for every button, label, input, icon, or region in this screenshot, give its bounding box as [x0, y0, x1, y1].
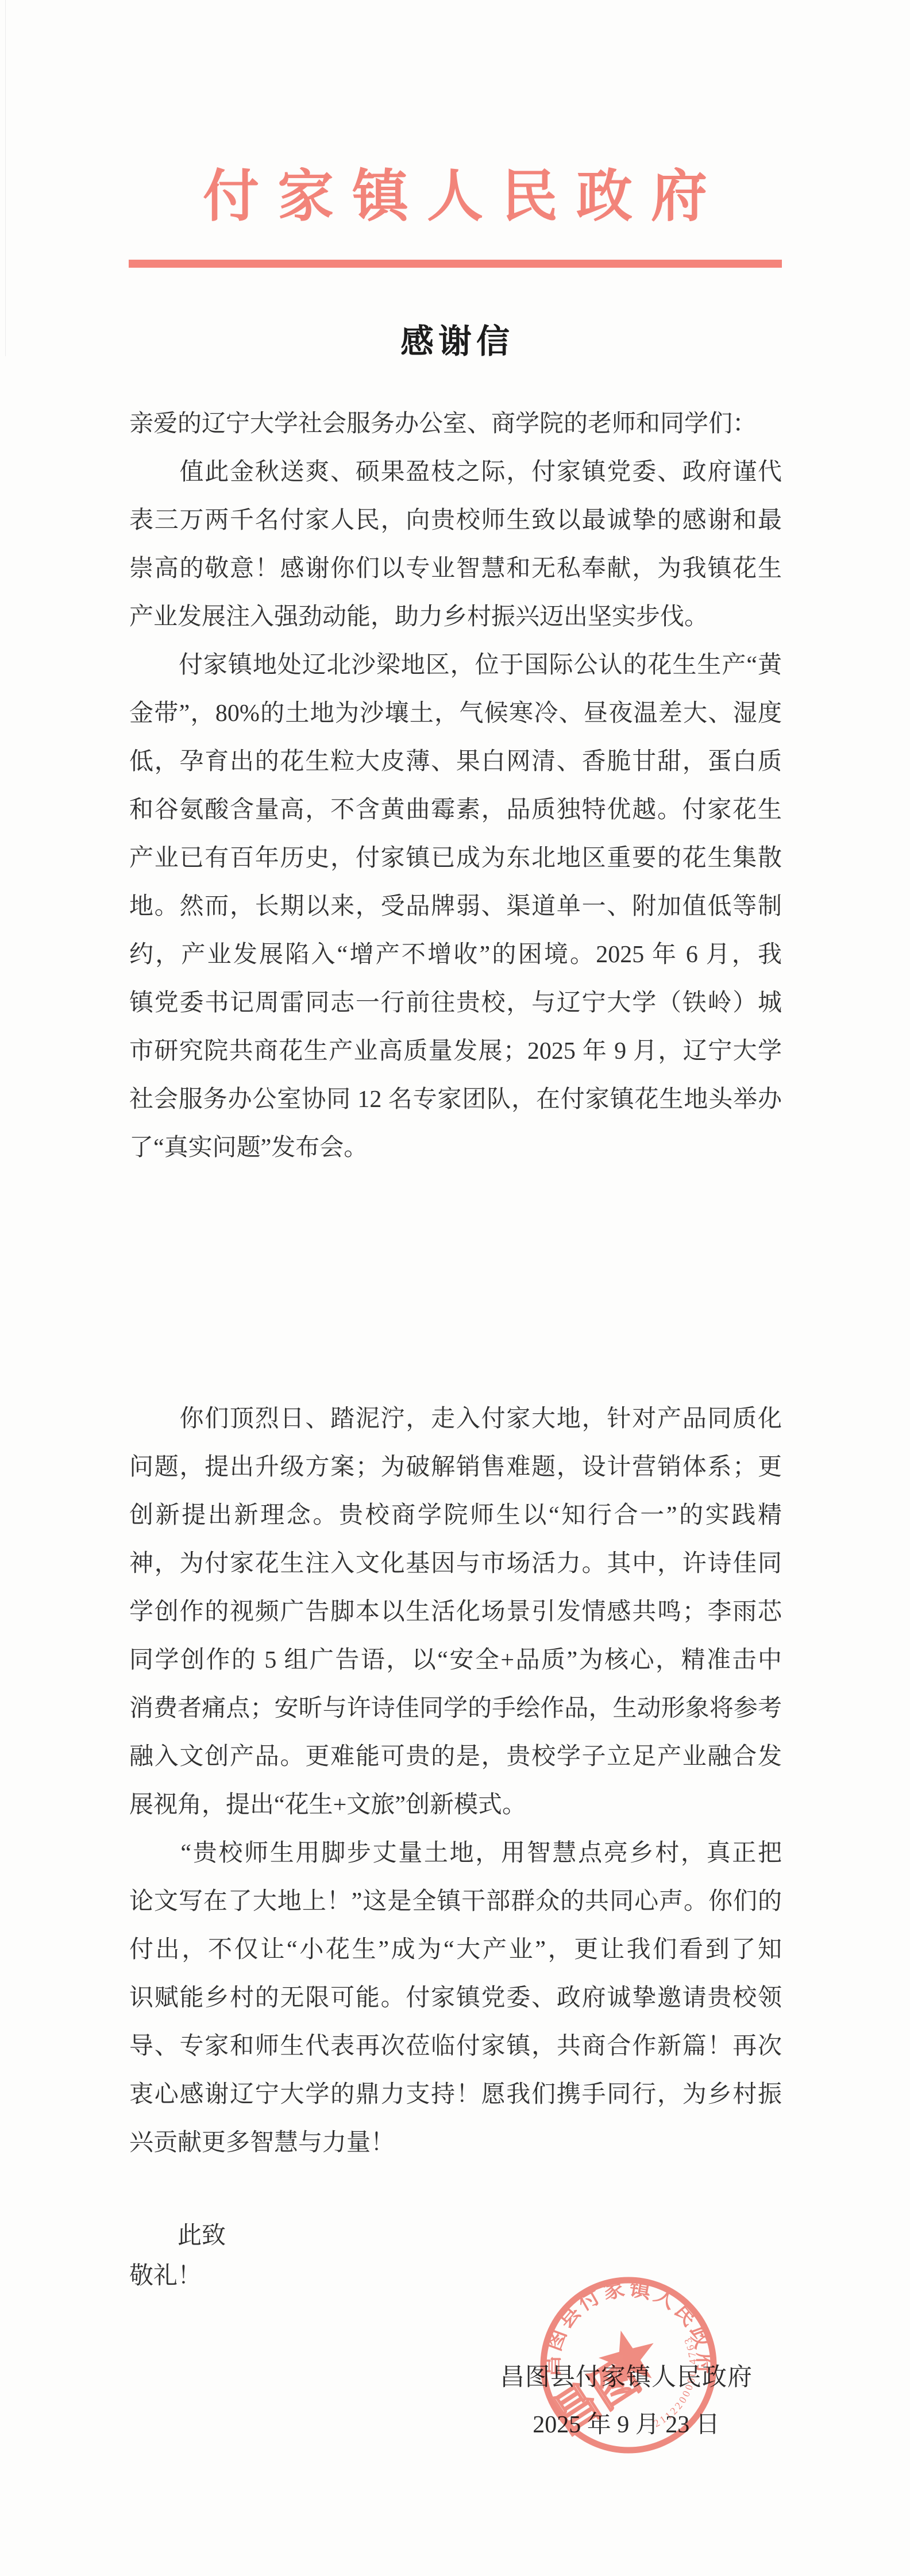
- body-line: 融入文创产品。更难能可贵的是，贵校学子立足产业融合发: [129, 1733, 782, 1781]
- body-line: 导、专家和师生代表再次莅临付家镇，共商合作新篇！再次: [129, 2022, 782, 2070]
- body-line: 创新提出新理念。贵校商学院师生以“知行合一”的实践精: [129, 1491, 782, 1540]
- body-line: 崇高的敬意！感谢你们以专业智慧和无私奉献，为我镇花生: [129, 545, 782, 593]
- body-line: 表三万两千名付家人民，向贵校师生致以最诚挚的感谢和最: [129, 496, 782, 545]
- body-line: 镇党委书记周雷同志一行前往贵校，与辽宁大学（铁岭）城: [129, 979, 782, 1027]
- body-line: 识赋能乡村的无限可能。付家镇党委、政府诚挚邀请贵校领: [129, 1974, 782, 2022]
- body-line: 产业已有百年历史，付家镇已成为东北地区重要的花生集散: [129, 834, 782, 882]
- body-line: 约，产业发展陷入“增产不增收”的困境。2025 年 6 月，我: [129, 931, 782, 979]
- seal-code: 2112200000 4763: [652, 2334, 699, 2429]
- body-line: 神，为付家花生注入文化基因与市场活力。其中，许诗佳同: [129, 1540, 782, 1588]
- body-line: 和谷氨酸含量高，不含黄曲霉素，品质独特优越。付家花生: [129, 786, 782, 834]
- body-line: 社会服务办公室协同 12 名专家团队，在付家镇花生地头举办: [129, 1075, 782, 1124]
- body-line: “贵校师生用脚步丈量土地，用智慧点亮乡村，真正把: [129, 1829, 782, 1877]
- body-line: 兴贡献更多智慧与力量！: [129, 2119, 782, 2167]
- body-line: 付出，不仅让“小花生”成为“大产业”，更让我们看到了知: [129, 1926, 782, 1974]
- body-page1: 亲爱的辽宁大学社会服务办公室、商学院的老师和同学们： 值此金秋送爽、硕果盈枝之际…: [129, 400, 782, 1172]
- body-line: 金带”，80%的土地为沙壤土，气候寒冷、昼夜温差大、湿度: [129, 689, 782, 738]
- letter-title: 感谢信: [0, 321, 910, 363]
- body-line: 亲爱的辽宁大学社会服务办公室、商学院的老师和同学们：: [129, 400, 782, 448]
- body-line: 论文写在了大地上！”这是全镇干部群众的共同心声。你们的: [129, 1877, 782, 1926]
- letter-page: 付家镇人民政府 感谢信 亲爱的辽宁大学社会服务办公室、商学院的老师和同学们： 值…: [0, 0, 910, 2576]
- body-line: 学创作的视频广告脚本以生活化场景引发情感共鸣；李雨芯: [129, 1588, 782, 1636]
- body-line: 衷心感谢辽宁大学的鼎力支持！愿我们携手同行，为乡村振: [129, 2070, 782, 2119]
- body-line: 你们顶烈日、踏泥泞，走入付家大地，针对产品同质化: [129, 1395, 782, 1443]
- official-seal-stamp: 昌图县付家镇人民政府 2112200000 4763 昌图: [534, 2270, 723, 2460]
- body-line: 低，孕育出的花生粒大皮薄、果白网清、香脆甘甜，蛋白质: [129, 738, 782, 786]
- body-line: 展视角，提出“花生+文旅”创新模式。: [129, 1781, 782, 1829]
- body-line: 消费者痛点；安昕与许诗佳同学的手绘作品，生动形象将参考: [129, 1684, 782, 1733]
- body-line: 付家镇地处辽北沙梁地区，位于国际公认的花生生产“黄: [129, 641, 782, 689]
- body-page2: 你们顶烈日、踏泥泞，走入付家大地，针对产品同质化问题，提出升级方案；为破解销售难…: [129, 1395, 782, 2167]
- body-line: 地。然而，长期以来，受品牌弱、渠道单一、附加值低等制: [129, 882, 782, 931]
- letterhead-rule: [129, 260, 782, 268]
- body-line: 同学创作的 5 组广告语，以“安全+品质”为核心，精准击中: [129, 1636, 782, 1684]
- letterhead-org-title: 付家镇人民政府: [0, 154, 910, 240]
- body-line: 市研究院共商花生产业高质量发展；2025 年 9 月，辽宁大学: [129, 1027, 782, 1075]
- body-line: 值此金秋送爽、硕果盈枝之际，付家镇党委、政府谨代: [129, 448, 782, 496]
- body-line: 产业发展注入强劲动能，助力乡村振兴迈出坚实步伐。: [129, 593, 782, 641]
- body-line: 了“真实问题”发布会。: [129, 1124, 782, 1172]
- body-line: 问题，提出升级方案；为破解销售难题，设计营销体系；更: [129, 1443, 782, 1491]
